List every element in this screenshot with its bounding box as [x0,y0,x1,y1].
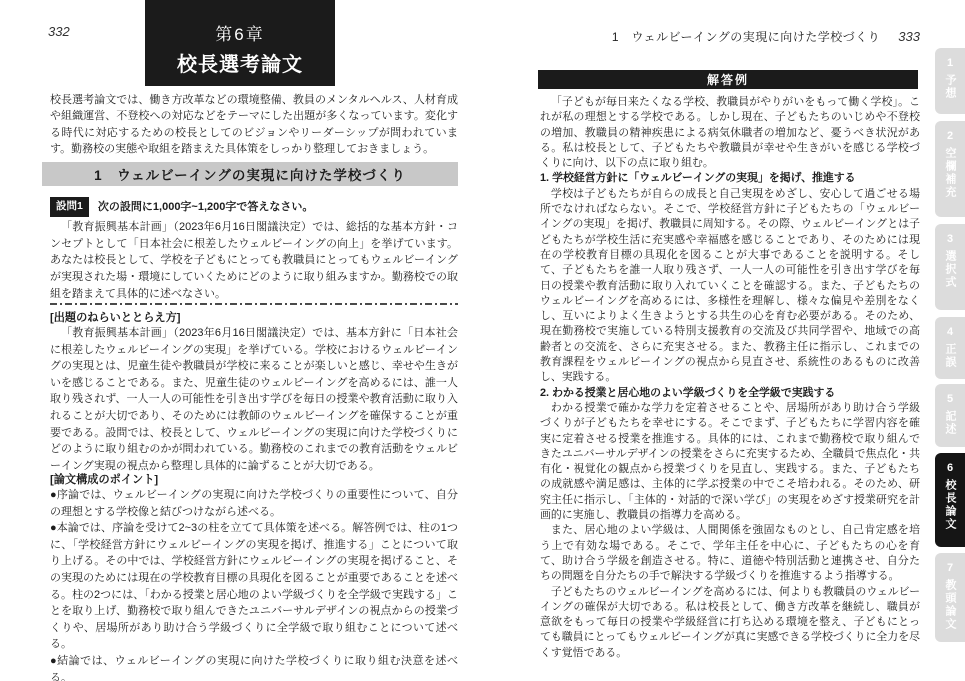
right-page-header: 1 ウェルビーイングの実現に向けた学校づくり 333 [538,28,920,45]
answer-subheading-1: 1. 学校経営方針に「ウェルビーイングの実現」を掲げ、推進する [540,171,920,186]
tab-label: 記述 [942,410,958,436]
chapter-intro-text: 校長選考論文では、働き方改革などの環境整備、教員のメンタルヘルス、人材育成や組織… [50,92,458,158]
question-badge: 設問1 [50,197,89,217]
answer-paragraph: 学校は子どもたちが自らの成長と自己実現をめざし、安心して過ごせる場所でなければな… [540,187,920,386]
chapter-number: 第6章 [215,20,264,45]
points-bullet-main: ●本論では、序論を受けて2~3の柱を立てて具体策を述べる。解答例では、柱の1つに… [50,520,458,653]
tab-label: 正誤 [942,343,958,369]
answer-example-bar: 解答例 [538,70,918,89]
tab-label: 予想 [942,74,958,100]
points-heading: [論文構成のポイント] [50,471,158,487]
tab-label: 空欄補充 [942,147,958,199]
answer-subheading-2: 2. わかる授業と居心地のよい学級づくりを全学級で実践する [540,386,920,401]
aim-heading: [出題のねらいととらえ方] [50,309,181,325]
tab-number: 3 [944,233,956,245]
tab-label: 選択式 [942,250,958,289]
tab-number: 6 [944,462,956,474]
section-heading-bar: 1 ウェルビーイングの実現に向けた学校づくり [42,162,458,186]
points-bullet-intro: ●序論では、ウェルビーイングの実現に向けた学校づくりの重要性について、自分の理想… [50,487,458,520]
question-block: 設問1 次の設問に1,000字~1,200字で答えなさい。 「教育振興基本計画」… [50,197,458,303]
thumb-tab-kuuran-hojuu: 2 空欄補充 [935,121,965,217]
running-head: 1 ウェルビーイングの実現に向けた学校づくり [612,28,880,45]
answer-paragraph: 子どもたちのウェルビーイングを高めるには、何よりも教職員のウェルビーイングの確保… [540,585,920,661]
tab-number: 5 [944,393,956,405]
section-heading-text: 1 ウェルビーイングの実現に向けた学校づくり [94,164,406,184]
tab-number: 7 [944,562,956,574]
question-lead-line: 設問1 次の設問に1,000字~1,200字で答えなさい。 [50,197,458,217]
tab-number: 4 [944,326,956,338]
thumb-tab-kouchou-ronbun-active: 6 校長論文 [935,453,965,547]
tab-number: 1 [944,57,956,69]
points-bullet-conclusion: ●結論では、ウェルビーイングの実現に向けた学校づくりに取り組む決意を述べる。 [50,653,458,681]
thumb-tab-sentakushiki: 3 選択式 [935,224,965,310]
aim-body: 「教育振興基本計画」（2023年6月16日閣議決定）では、基本方針に「日本社会に… [50,325,458,474]
question-lead: 次の設問に1,000字~1,200字で答えなさい。 [98,201,313,213]
points-list: ●序論では、ウェルビーイングの実現に向けた学校づくりの重要性について、自分の理想… [50,487,458,681]
left-page-number: 332 [48,24,70,39]
dash-dot-divider [50,303,458,305]
tab-label: 教頭論文 [942,579,958,631]
chapter-title-box: 第6章 校長選考論文 [145,0,335,86]
tab-number: 2 [944,130,956,142]
right-page-number: 333 [898,29,920,44]
answer-body: 「子どもが毎日来たくなる学校、教職員がやりがいをもって働く学校」。これが私の理想… [540,95,920,661]
thumb-tab-kyoutou-ronbun: 7 教頭論文 [935,553,965,642]
tab-label: 校長論文 [942,479,958,531]
answer-paragraph: また、居心地のよい学級は、人間関係を強固なものとし、自己肯定感を培う上で有効な場… [540,523,920,584]
chapter-title: 校長選考論文 [177,48,303,77]
question-body: 「教育振興基本計画」（2023年6月16日閣議決定）では、総括的な基本方針・コン… [50,219,458,303]
answer-example-label: 解答例 [707,71,749,88]
answer-paragraph: わかる授業で確かな学力を定着させることや、居場所があり助け合う学級づくりが子ども… [540,401,920,523]
thumb-tab-kijutsu: 5 記述 [935,384,965,447]
thumb-tab-yosou: 1 予想 [935,48,965,114]
thumb-tab-seigo: 4 正誤 [935,317,965,379]
answer-paragraph: 「子どもが毎日来たくなる学校、教職員がやりがいをもって働く学校」。これが私の理想… [540,95,920,171]
